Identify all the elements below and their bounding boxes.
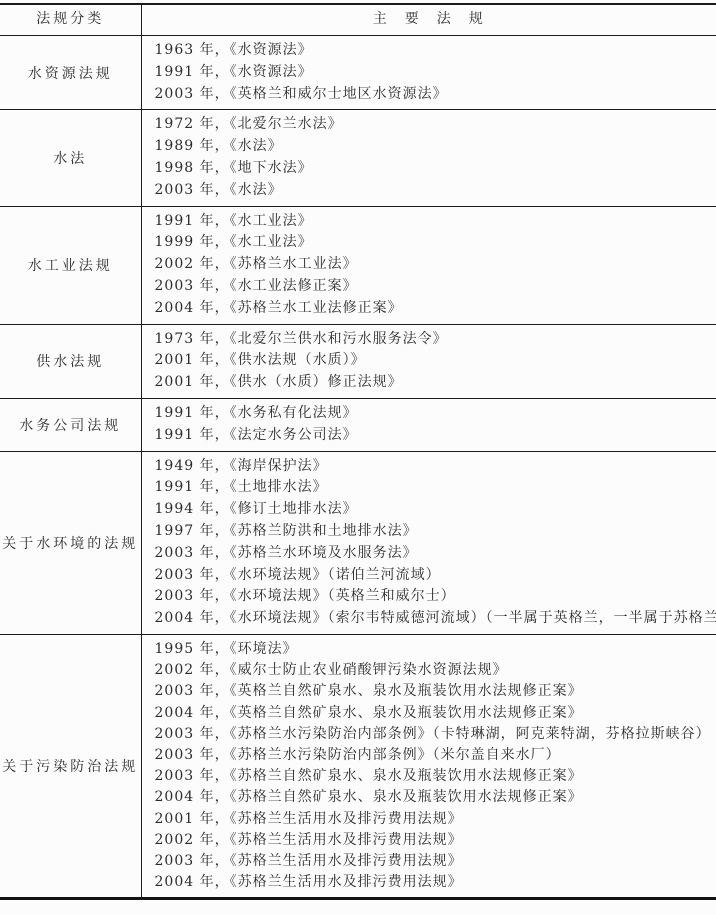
- law-entry: 1994 年，《修订土地排水法》: [155, 499, 711, 521]
- laws-cell: 1973 年，《北爱尔兰供水和污水服务法令》 2001 年，《供水法规（水质）》…: [141, 324, 716, 398]
- law-entry: 2002 年，《苏格兰水工业法》: [155, 254, 711, 276]
- law-entry: 2003 年，《苏格兰生活用水及排污费用法规》: [155, 851, 711, 872]
- law-entry: 2003 年，《水工业法修正案》: [155, 276, 711, 298]
- document-page: 法规分类 主 要 法 规 水资源法规 1963 年，《水资源法》 1991 年，…: [0, 3, 716, 915]
- law-entry: 1995 年，《环境法》: [155, 639, 711, 660]
- category-cell: 关于污染防治法规: [0, 634, 141, 898]
- laws-cell: 1963 年，《水资源法》 1991 年，《水资源法》 2003 年，《英格兰和…: [141, 36, 716, 110]
- law-entry: 2004 年，《英格兰自然矿泉水、泉水及瓶装饮用水法规修正案》: [155, 703, 711, 724]
- law-entry: 2002 年，《苏格兰生活用水及排污费用法规》: [155, 830, 711, 851]
- law-entry: 1991 年，《水工业法》: [155, 211, 711, 233]
- category-cell: 水法: [0, 110, 141, 206]
- table-row: 水法 1972 年，《北爱尔兰水法》 1989 年，《水法》 1998 年，《地…: [0, 110, 716, 206]
- law-entry: 2003 年，《苏格兰水污染防治内部条例》（米尔盖自来水厂）: [155, 745, 711, 766]
- law-entry: 2003 年，《苏格兰水污染防治内部条例》（卡特琳湖，阿克莱特湖，芬格拉斯峡谷）: [155, 724, 711, 745]
- law-entry: 1963 年，《水资源法》: [155, 40, 711, 62]
- category-cell: 供水法规: [0, 324, 141, 398]
- table-row: 水务公司法规 1991 年，《水务私有化法规》 1991 年，《法定水务公司法》: [0, 398, 716, 451]
- category-cell: 水工业法规: [0, 206, 141, 324]
- law-entry: 2003 年，《苏格兰自然矿泉水、泉水及瓶装饮用水法规修正案》: [155, 766, 711, 787]
- regulations-table: 法规分类 主 要 法 规 水资源法规 1963 年，《水资源法》 1991 年，…: [0, 3, 716, 900]
- law-entry: 2001 年，《供水（水质）修正法规》: [155, 372, 711, 394]
- header-row: 法规分类 主 要 法 规: [0, 4, 716, 36]
- law-entry: 2003 年，《苏格兰水环境及水服务法》: [155, 543, 711, 565]
- laws-cell: 1995 年，《环境法》 2002 年，《威尔士防止农业硝酸钾污染水资源法规》 …: [141, 634, 716, 898]
- table-row: 供水法规 1973 年，《北爱尔兰供水和污水服务法令》 2001 年，《供水法规…: [0, 324, 716, 398]
- law-entry: 1972 年，《北爱尔兰水法》: [155, 114, 711, 136]
- law-entry: 1989 年，《水法》: [155, 136, 711, 158]
- table-row: 水工业法规 1991 年，《水工业法》 1999 年，《水工业法》 2002 年…: [0, 206, 716, 324]
- law-entry: 1991 年，《水务私有化法规》: [155, 403, 711, 425]
- category-cell: 水资源法规: [0, 36, 141, 110]
- laws-cell: 1991 年，《水工业法》 1999 年，《水工业法》 2002 年，《苏格兰水…: [141, 206, 716, 324]
- header-main-laws: 主 要 法 规: [141, 4, 716, 36]
- law-entry: 2003 年，《英格兰自然矿泉水、泉水及瓶装饮用水法规修正案》: [155, 681, 711, 702]
- law-entry: 1997 年，《苏格兰防洪和土地排水法》: [155, 521, 711, 543]
- law-entry: 2004 年，《苏格兰生活用水及排污费用法规》: [155, 872, 711, 893]
- law-entry: 1998 年，《地下水法》: [155, 158, 711, 180]
- law-entry: 1949 年，《海岸保护法》: [155, 456, 711, 478]
- laws-cell: 1972 年，《北爱尔兰水法》 1989 年，《水法》 1998 年，《地下水法…: [141, 110, 716, 206]
- law-entry: 2004 年，《苏格兰自然矿泉水、泉水及瓶装饮用水法规修正案》: [155, 787, 711, 808]
- law-entry: 1991 年，《法定水务公司法》: [155, 425, 711, 447]
- law-entry: 1991 年，《土地排水法》: [155, 477, 711, 499]
- law-entry: 1991 年，《水资源法》: [155, 62, 711, 84]
- law-entry: 2003 年，《水环境法规》（诺伯兰河流域）: [155, 565, 711, 587]
- law-entry: 2003 年，《英格兰和威尔士地区水资源法》: [155, 84, 711, 106]
- category-cell: 水务公司法规: [0, 398, 141, 451]
- laws-cell: 1991 年，《水务私有化法规》 1991 年，《法定水务公司法》: [141, 398, 716, 451]
- law-entry: 2004 年，《水环境法规》（索尔韦特威德河流域）（一半属于英格兰，一半属于苏格…: [155, 608, 711, 630]
- table-row: 水资源法规 1963 年，《水资源法》 1991 年，《水资源法》 2003 年…: [0, 36, 716, 110]
- law-entry: 1973 年，《北爱尔兰供水和污水服务法令》: [155, 329, 711, 351]
- law-entry: 2004 年，《苏格兰水工业法修正案》: [155, 298, 711, 320]
- table-row: 关于污染防治法规 1995 年，《环境法》 2002 年，《威尔士防止农业硝酸钾…: [0, 634, 716, 898]
- header-category: 法规分类: [0, 4, 141, 36]
- law-entry: 2003 年，《水法》: [155, 180, 711, 202]
- law-entry: 2003 年，《水环境法规》（英格兰和威尔士）: [155, 586, 711, 608]
- law-entry: 2002 年，《威尔士防止农业硝酸钾污染水资源法规》: [155, 660, 711, 681]
- laws-cell: 1949 年，《海岸保护法》 1991 年，《土地排水法》 1994 年，《修订…: [141, 451, 716, 634]
- table-row: 关于水环境的法规 1949 年，《海岸保护法》 1991 年，《土地排水法》 1…: [0, 451, 716, 634]
- law-entry: 2001 年，《供水法规（水质）》: [155, 350, 711, 372]
- law-entry: 1999 年，《水工业法》: [155, 232, 711, 254]
- category-cell: 关于水环境的法规: [0, 451, 141, 634]
- law-entry: 2001 年，《苏格兰生活用水及排污费用法规》: [155, 809, 711, 830]
